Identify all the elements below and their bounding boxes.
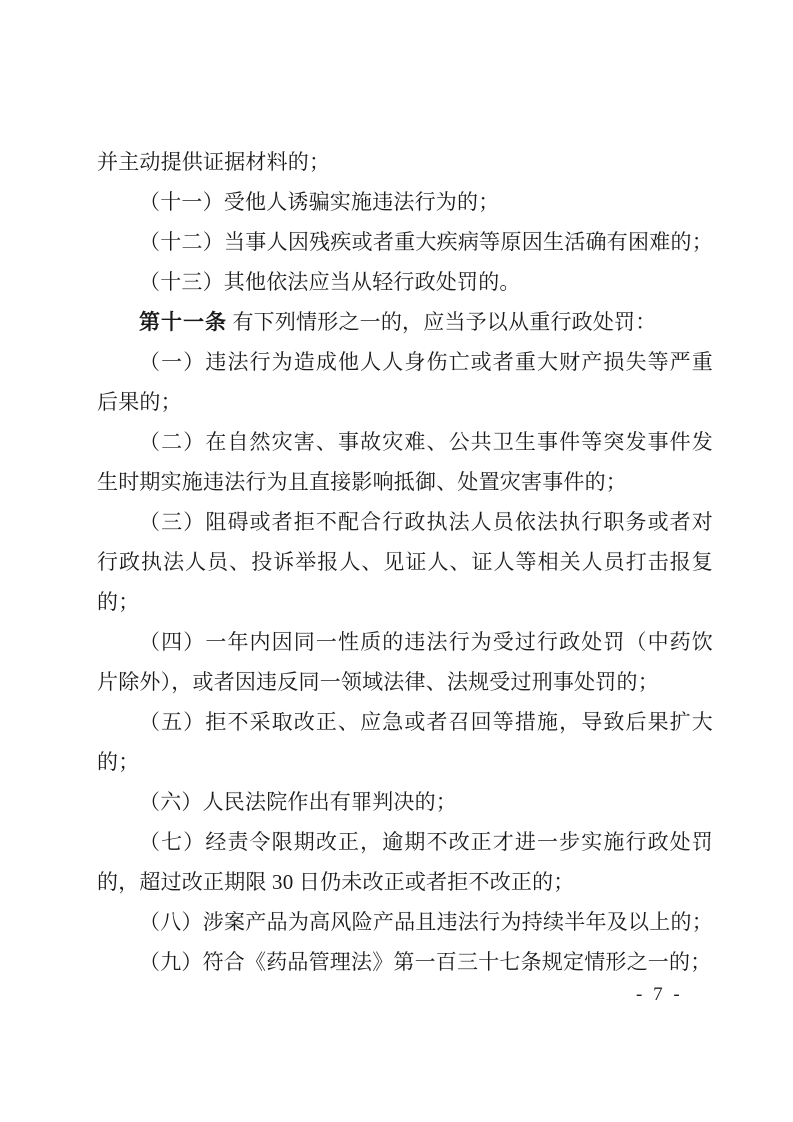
- text-line: 的；: [97, 742, 713, 782]
- text-line: （十三）其他依法应当从轻行政处罚的。: [97, 262, 713, 302]
- text-block: 并主动提供证据材料的；（十一）受他人诱骗实施违法行为的；（十二）当事人因残疾或者…: [97, 142, 713, 982]
- text-line: （八）涉案产品为高风险产品且违法行为持续半年及以上的；: [97, 902, 713, 942]
- text-line: （七）经责令限期改正，逾期不改正才进一步实施行政处罚: [97, 822, 713, 862]
- text-line: 后果的；: [97, 382, 713, 422]
- text-line: 行政执法人员、投诉举报人、见证人、证人等相关人员打击报复: [97, 542, 713, 582]
- text-line: （六）人民法院作出有罪判决的；: [97, 782, 713, 822]
- text-line: （一）违法行为造成他人人身伤亡或者重大财产损失等严重: [97, 342, 713, 382]
- text-line: （四）一年内因同一性质的违法行为受过行政处罚（中药饮: [97, 622, 713, 662]
- text-line: 并主动提供证据材料的；: [97, 142, 713, 182]
- article-heading: 第十一条: [139, 311, 227, 334]
- text-line: 片除外），或者因违反同一领域法律、法规受过刑事处罚的；: [97, 662, 713, 702]
- text-line: （十二）当事人因残疾或者重大疾病等原因生活确有困难的；: [97, 222, 713, 262]
- text-line: 生时期实施违法行为且直接影响抵御、处置灾害事件的；: [97, 462, 713, 502]
- page-number: - 7 -: [636, 983, 683, 1007]
- text-line: （九）符合《药品管理法》第一百三十七条规定情形之一的；: [97, 942, 713, 982]
- text-line: （三）阻碍或者拒不配合行政执法人员依法执行职务或者对: [97, 502, 713, 542]
- document-page: 并主动提供证据材料的；（十一）受他人诱骗实施违法行为的；（十二）当事人因残疾或者…: [0, 0, 793, 1122]
- text-line: 的；: [97, 582, 713, 622]
- text-line: （二）在自然灾害、事故灾难、公共卫生事件等突发事件发: [97, 422, 713, 462]
- text-line: 的，超过改正期限 30 日仍未改正或者拒不改正的；: [97, 862, 713, 902]
- text-line: （十一）受他人诱骗实施违法行为的；: [97, 182, 713, 222]
- text-line: （五）拒不采取改正、应急或者召回等措施，导致后果扩大: [97, 702, 713, 742]
- text-line: 第十一条 有下列情形之一的，应当予以从重行政处罚：: [97, 302, 713, 342]
